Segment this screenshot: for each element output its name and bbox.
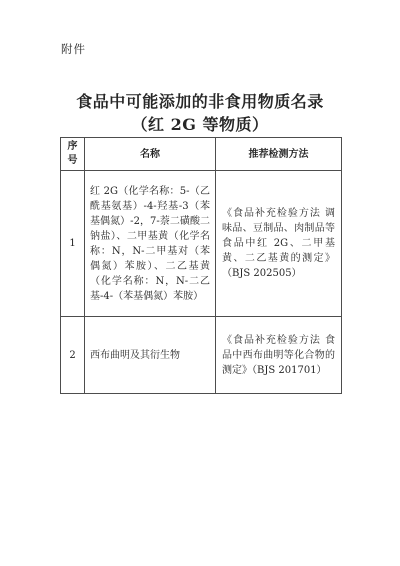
document-title: 食品中可能添加的非食用物质名录 （红 2G 等物质） <box>0 90 400 136</box>
row-index: 2 <box>61 317 85 394</box>
document-title-line1: 食品中可能添加的非食用物质名录 <box>0 90 400 113</box>
col-header-name: 名称 <box>85 138 216 171</box>
document-page: 附件 食品中可能添加的非食用物质名录 （红 2G 等物质） 序号 名称 推荐检测… <box>0 0 400 566</box>
col-header-index-label: 序号 <box>67 140 78 168</box>
substance-name: 西布曲明及其衍生物 <box>85 317 216 394</box>
table-row: 2 西布曲明及其衍生物 《食品补充检验方法 食品中西布曲明等化合物的测定》（BJ… <box>61 317 342 394</box>
col-header-index: 序号 <box>61 138 85 171</box>
row-index: 1 <box>61 171 85 317</box>
col-header-method: 推荐检测方法 <box>216 138 342 171</box>
table-header-row: 序号 名称 推荐检测方法 <box>61 138 342 171</box>
document-title-line2: （红 2G 等物质） <box>0 113 400 136</box>
substances-table: 序号 名称 推荐检测方法 1 红 2G（化学名称：5-（乙酰基氨基）-4-羟基-… <box>60 137 342 394</box>
table-row: 1 红 2G（化学名称：5-（乙酰基氨基）-4-羟基-3（苯基偶氮）-2，7-萘… <box>61 171 342 317</box>
detection-method: 《食品补充检验方法 食品中西布曲明等化合物的测定》（BJS 201701） <box>216 317 342 394</box>
attachment-label: 附件 <box>61 41 86 57</box>
detection-method: 《食品补充检验方法 调味品、豆制品、肉制品等食品中红 2G、二甲基黄、二乙基黄的… <box>216 171 342 317</box>
substance-name: 红 2G（化学名称：5-（乙酰基氨基）-4-羟基-3（苯基偶氮）-2，7-萘二磺… <box>85 171 216 317</box>
